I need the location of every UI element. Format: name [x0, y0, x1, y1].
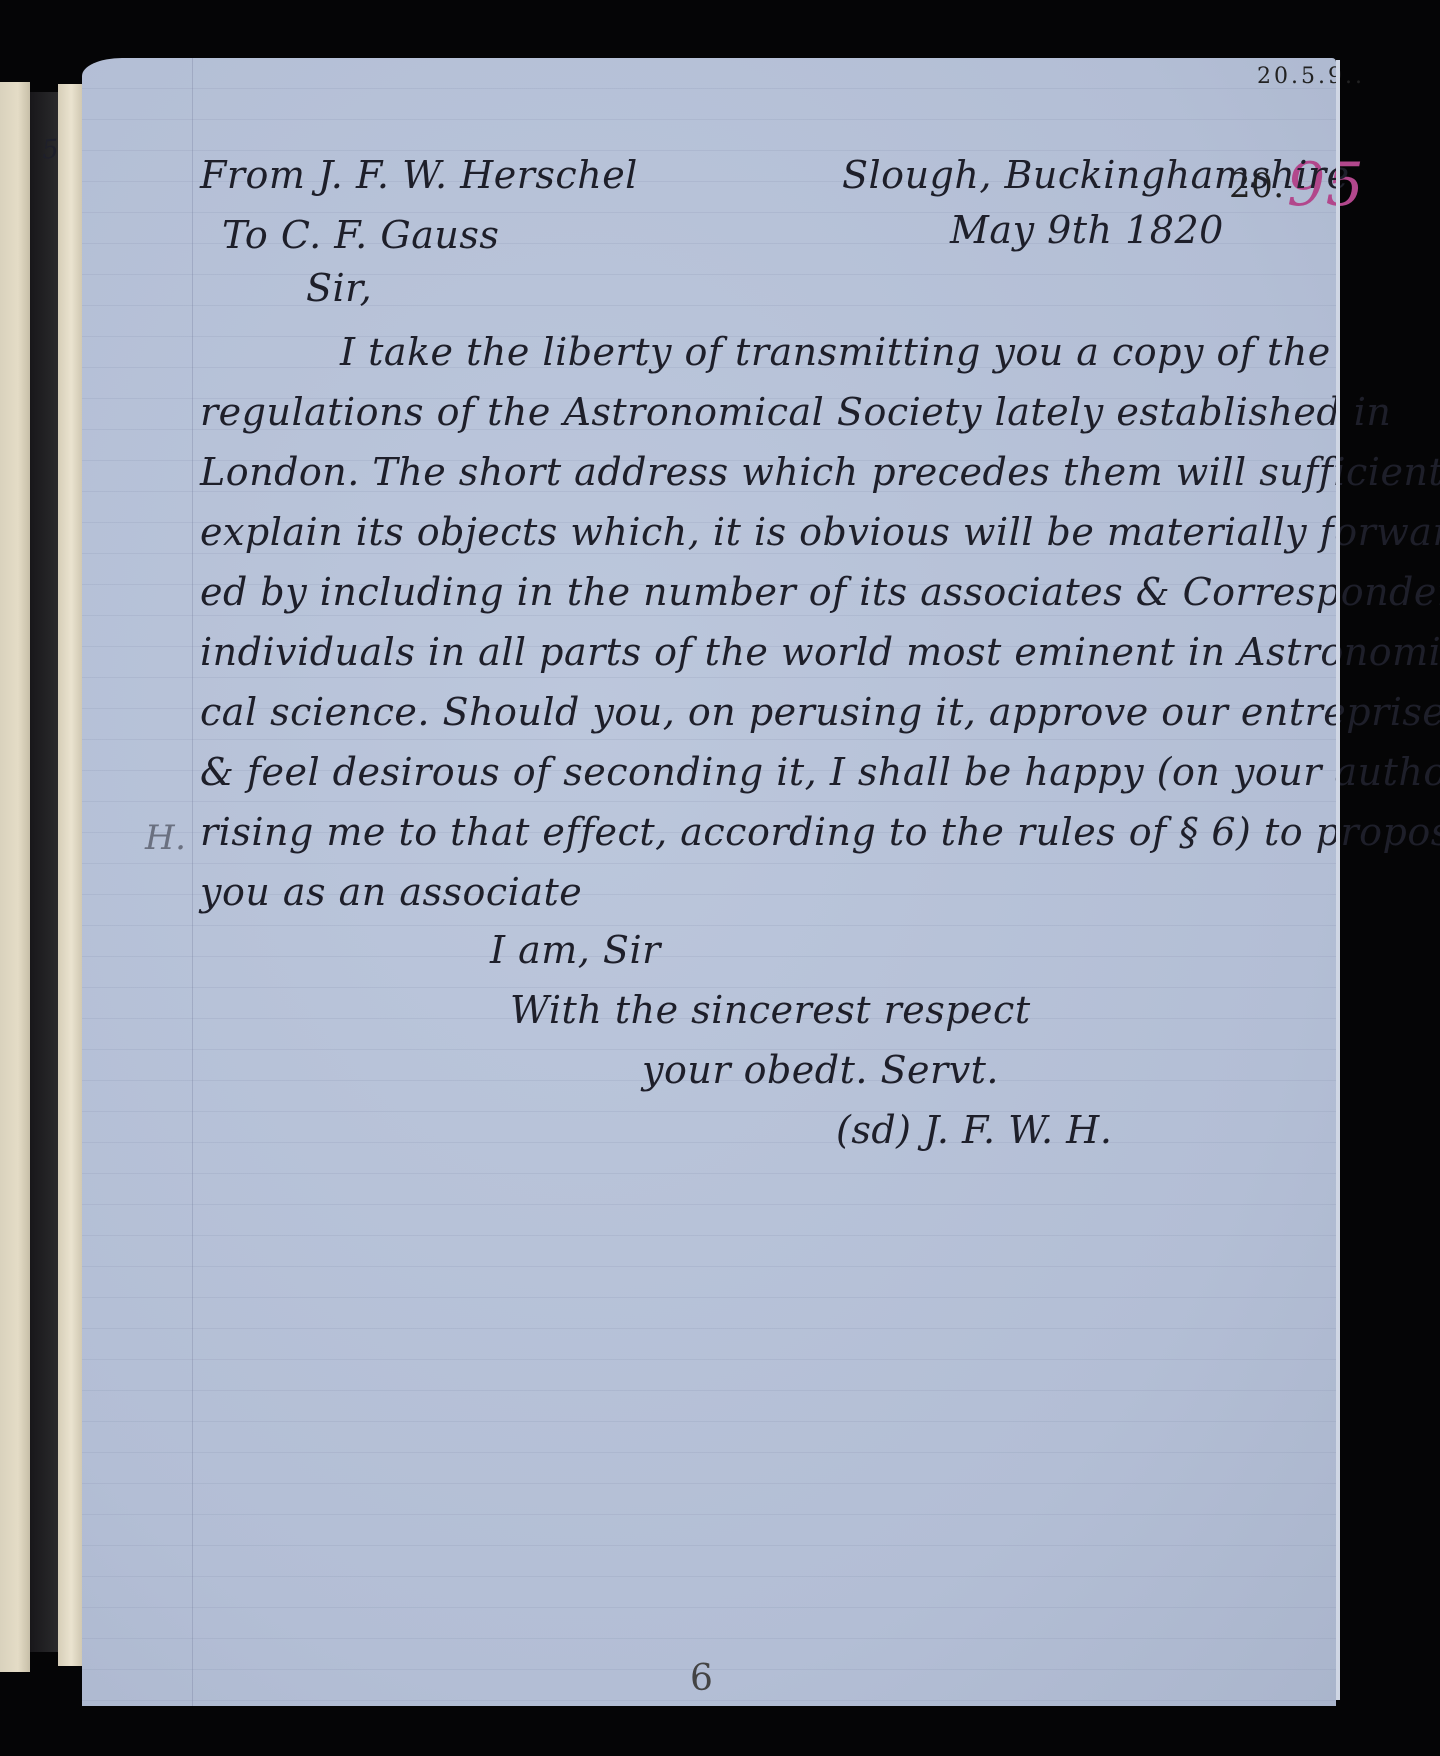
binding-strip	[58, 84, 82, 1666]
margin-mark: H.	[145, 818, 186, 858]
closing-line: I am, Sir	[490, 928, 661, 972]
binding-gutter	[30, 92, 58, 1652]
body-line: I take the liberty of transmitting you a…	[340, 330, 1331, 374]
closing-line: your obedt. Servt.	[642, 1048, 999, 1092]
catalog-reference: 20.5.9..	[1257, 64, 1365, 89]
body-line: regulations of the Astronomical Society …	[200, 390, 1391, 434]
strip-number: 5	[41, 134, 60, 165]
body-line: London. The short address which precedes…	[200, 450, 1440, 494]
signature: (sd) J. F. W. H.	[836, 1108, 1112, 1152]
previous-page-edge	[0, 82, 30, 1672]
place-line: Slough, Buckinghamshire	[842, 153, 1350, 197]
body-line: & feel desirous of seconding it, I shall…	[200, 750, 1440, 794]
body-line: explain its objects which, it is obvious…	[200, 510, 1440, 554]
date-line: May 9th 1820	[950, 208, 1224, 252]
page-number: 6	[690, 1658, 713, 1699]
to-line: To C. F. Gauss	[222, 213, 499, 257]
closing-line: With the sincerest respect	[510, 988, 1031, 1032]
body-line: rising me to that effect, according to t…	[200, 810, 1440, 854]
body-line: individuals in all parts of the world mo…	[200, 630, 1440, 674]
from-line: From J. F. W. Herschel	[200, 153, 638, 197]
salutation: Sir,	[306, 266, 372, 310]
body-line: cal science. Should you, on perusing it,…	[200, 690, 1440, 734]
manuscript-page: 20.5.9.. 20. 95 From J. F. W. Herschel S…	[82, 58, 1336, 1706]
body-line: ed by including in the number of its ass…	[200, 570, 1440, 614]
body-line: you as an associate	[200, 870, 582, 914]
